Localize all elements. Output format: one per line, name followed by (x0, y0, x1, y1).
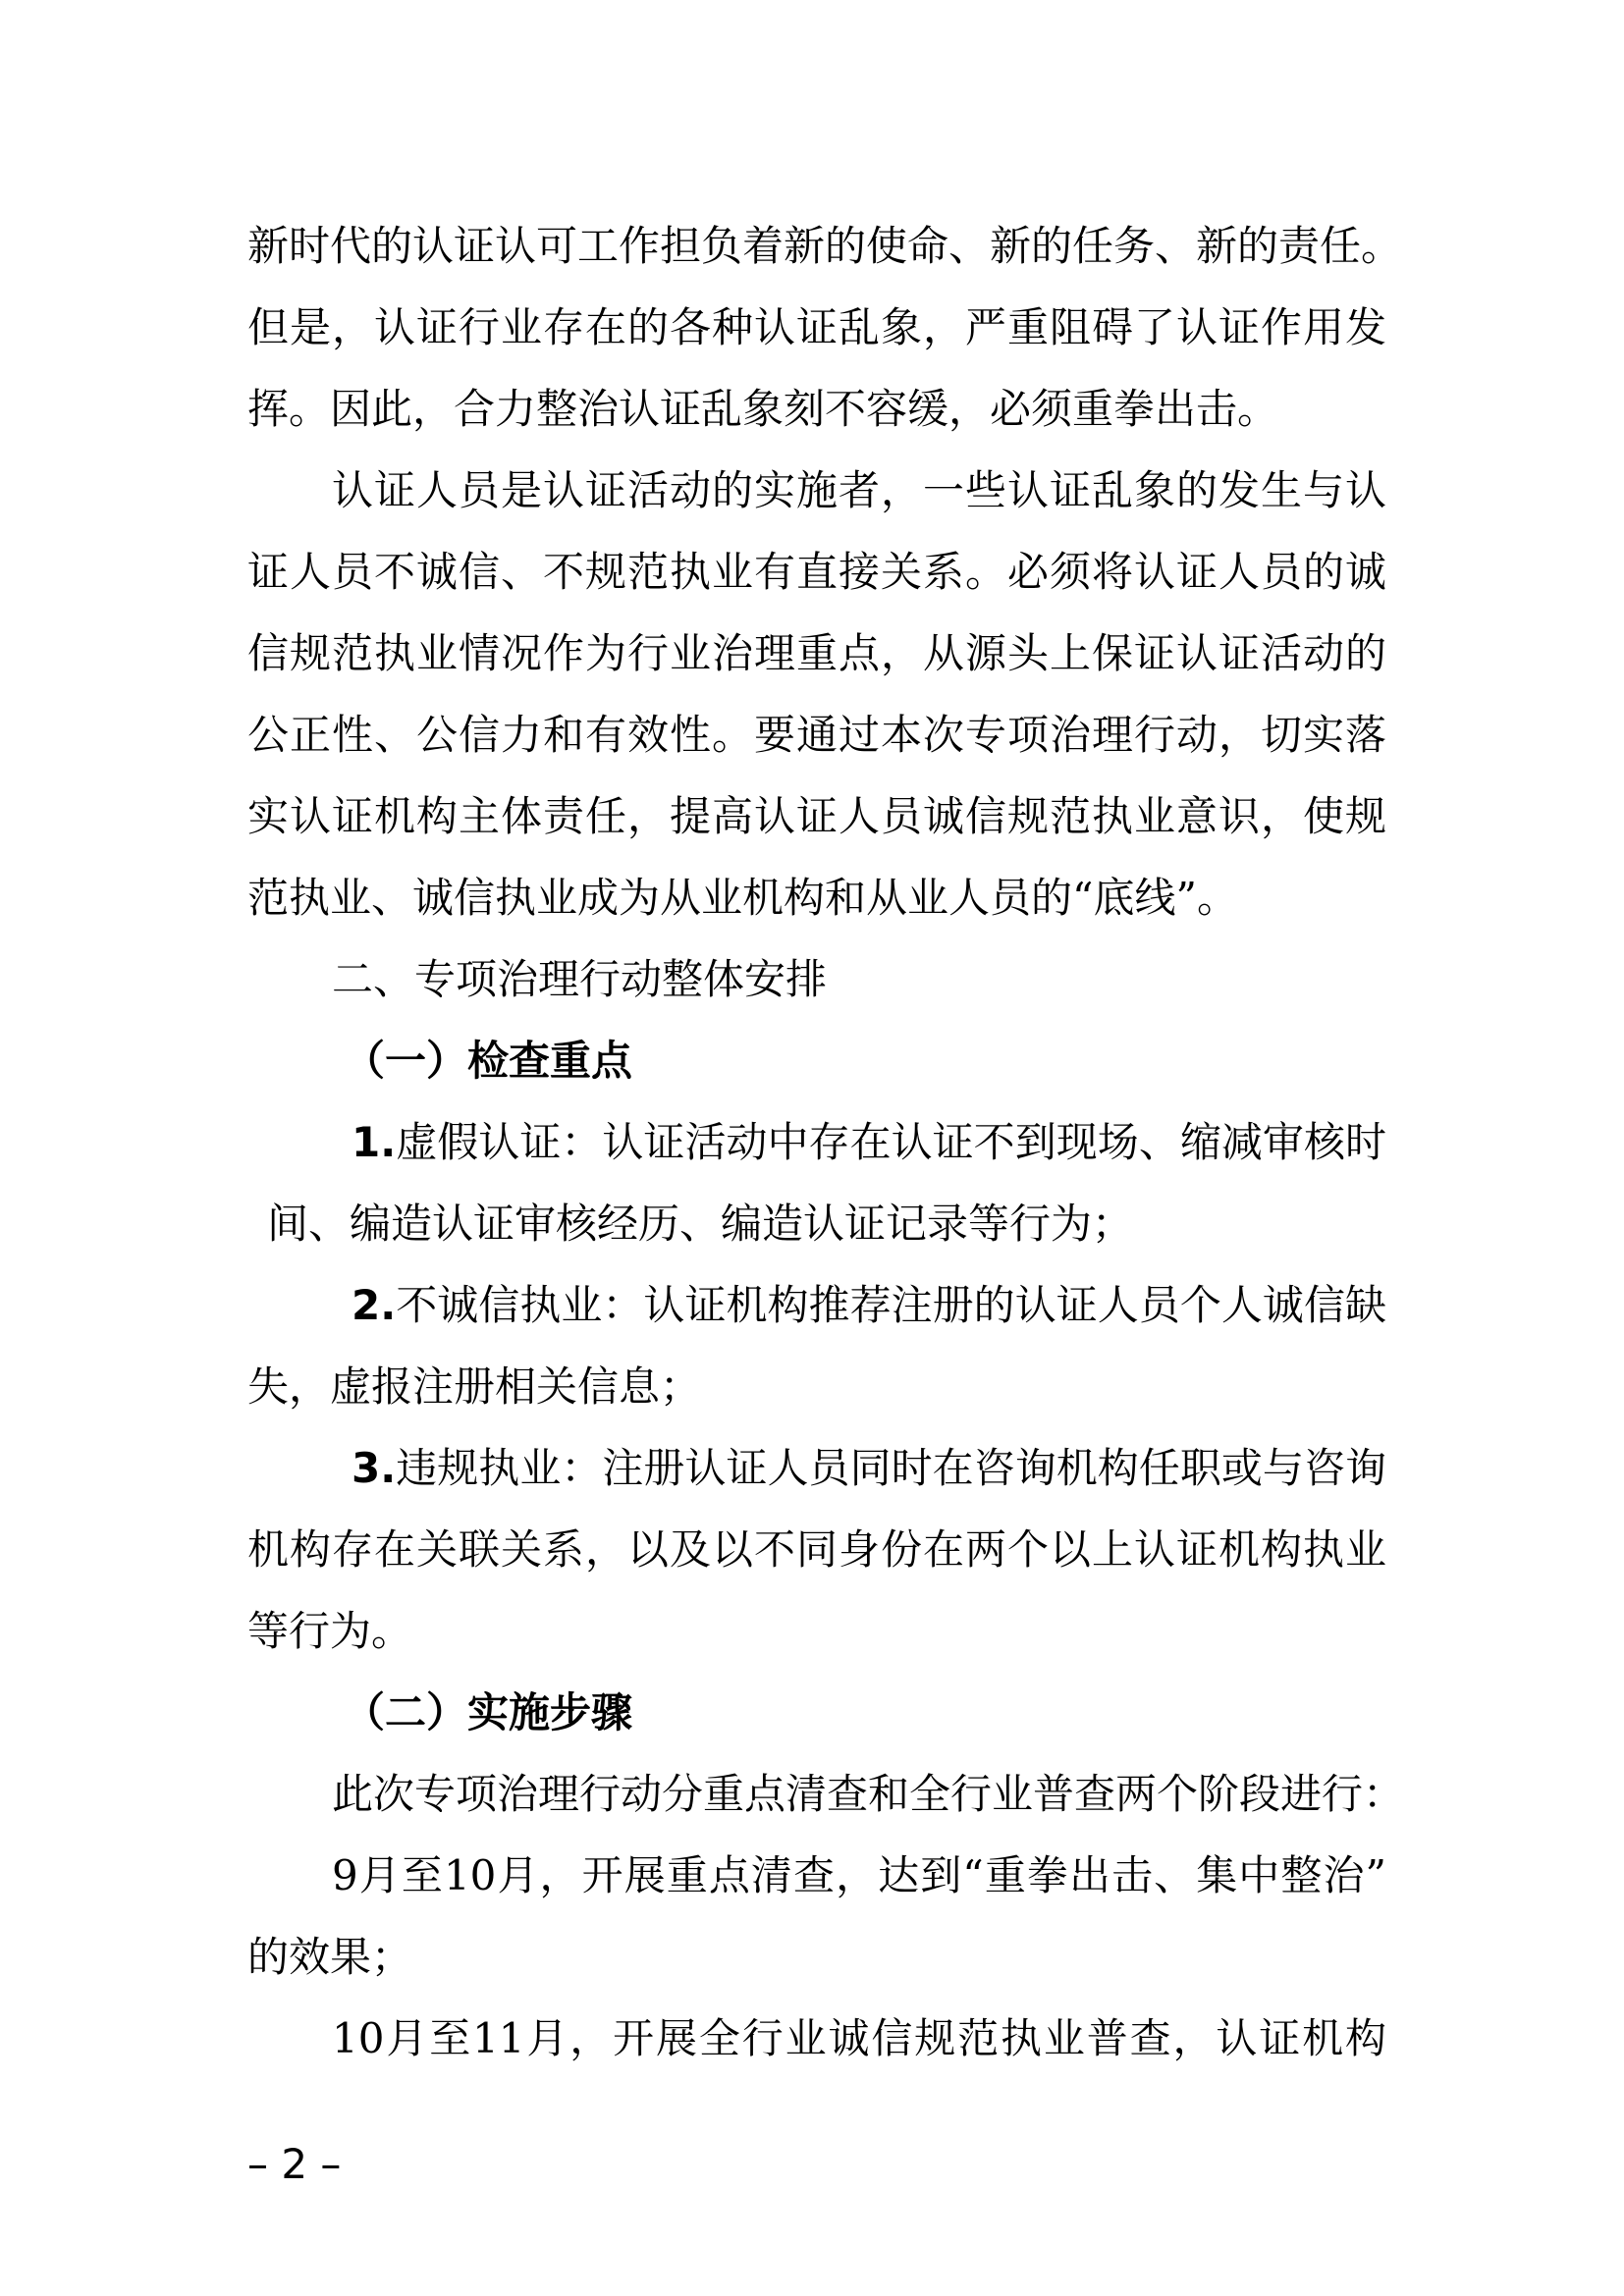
step-1-line-1: 9月至10月，开展重点清查，达到“重拳出击、集中整治” (332, 1851, 1386, 1900)
item-3-text: 注册认证人员同时在咨询机构任职或与咨询 (602, 1444, 1386, 1492)
item-1-text: 认证活动中存在认证不到现场、缩减审核时 (602, 1118, 1386, 1166)
paragraph-2-line-4: 公正性、公信力和有效性。要通过本次专项治理行动，切实落 (247, 711, 1386, 760)
item-3-line-3: 等行为。 (247, 1607, 1386, 1656)
item-2-text: 认证机构推荐注册的认证人员个人诚信缺 (643, 1281, 1386, 1329)
item-1-line-2: 间、编造认证审核经历、编造认证记录等行为； (267, 1200, 1386, 1249)
step-2-line-1: 10月至11月，开展全行业诚信规范执业普查，认证机构 (332, 2014, 1386, 2063)
paragraph-1-line-1: 新时代的认证认可工作担负着新的使命、新的任务、新的责任。 (247, 222, 1386, 271)
subsection-2-heading: （二）实施步骤 (344, 1688, 1386, 1737)
item-3-number: 3. (352, 1444, 396, 1492)
item-3-title: 违规执业： (396, 1444, 602, 1492)
paragraph-1-line-3: 挥。因此，合力整治认证乱象刻不容缓，必须重拳出击。 (247, 385, 1386, 434)
paragraph-2-line-5: 实认证机构主体责任，提高认证人员诚信规范执业意识，使规 (247, 792, 1386, 841)
paragraph-2-line-2: 证人员不诚信、不规范执业有直接关系。必须将认证人员的诚 (247, 548, 1386, 597)
item-1-number: 1. (352, 1118, 396, 1166)
steps-intro: 此次专项治理行动分重点清查和全行业普查两个阶段进行： (332, 1770, 1377, 1819)
paragraph-1-line-2: 但是，认证行业存在的各种认证乱象，严重阻碍了认证作用发 (247, 303, 1386, 352)
item-1-title: 虚假认证： (396, 1118, 602, 1166)
paragraph-2-line-1: 认证人员是认证活动的实施者，一些认证乱象的发生与认 (332, 466, 1386, 515)
item-2-line-1: 2.不诚信执业：认证机构推荐注册的认证人员个人诚信缺 (352, 1281, 1386, 1330)
page-number: – 2 – (247, 2140, 341, 2189)
paragraph-2-line-6: 范执业、诚信执业成为从业机构和从业人员的“底线”。 (247, 874, 1386, 923)
paragraph-2-line-3: 信规范执业情况作为行业治理重点，从源头上保证认证活动的 (247, 629, 1386, 678)
item-2-line-2: 失，虚报注册相关信息； (247, 1362, 1386, 1412)
item-3-line-1: 3.违规执业：注册认证人员同时在咨询机构任职或与咨询 (352, 1444, 1386, 1493)
item-3-line-2: 机构存在关联关系，以及以不同身份在两个以上认证机构执业 (247, 1525, 1386, 1575)
step-1-line-2: 的效果； (247, 1933, 1386, 1982)
item-1-line-1: 1.虚假认证：认证活动中存在认证不到现场、缩减审核时 (352, 1118, 1386, 1167)
section-2-heading: 二、专项治理行动整体安排 (332, 955, 1386, 1004)
item-2-number: 2. (352, 1281, 396, 1329)
subsection-1-heading: （一）检查重点 (344, 1037, 1386, 1086)
item-2-title: 不诚信执业： (396, 1281, 643, 1329)
document-page: 新时代的认证认可工作担负着新的使命、新的任务、新的责任。 但是，认证行业存在的各… (0, 0, 1624, 2296)
